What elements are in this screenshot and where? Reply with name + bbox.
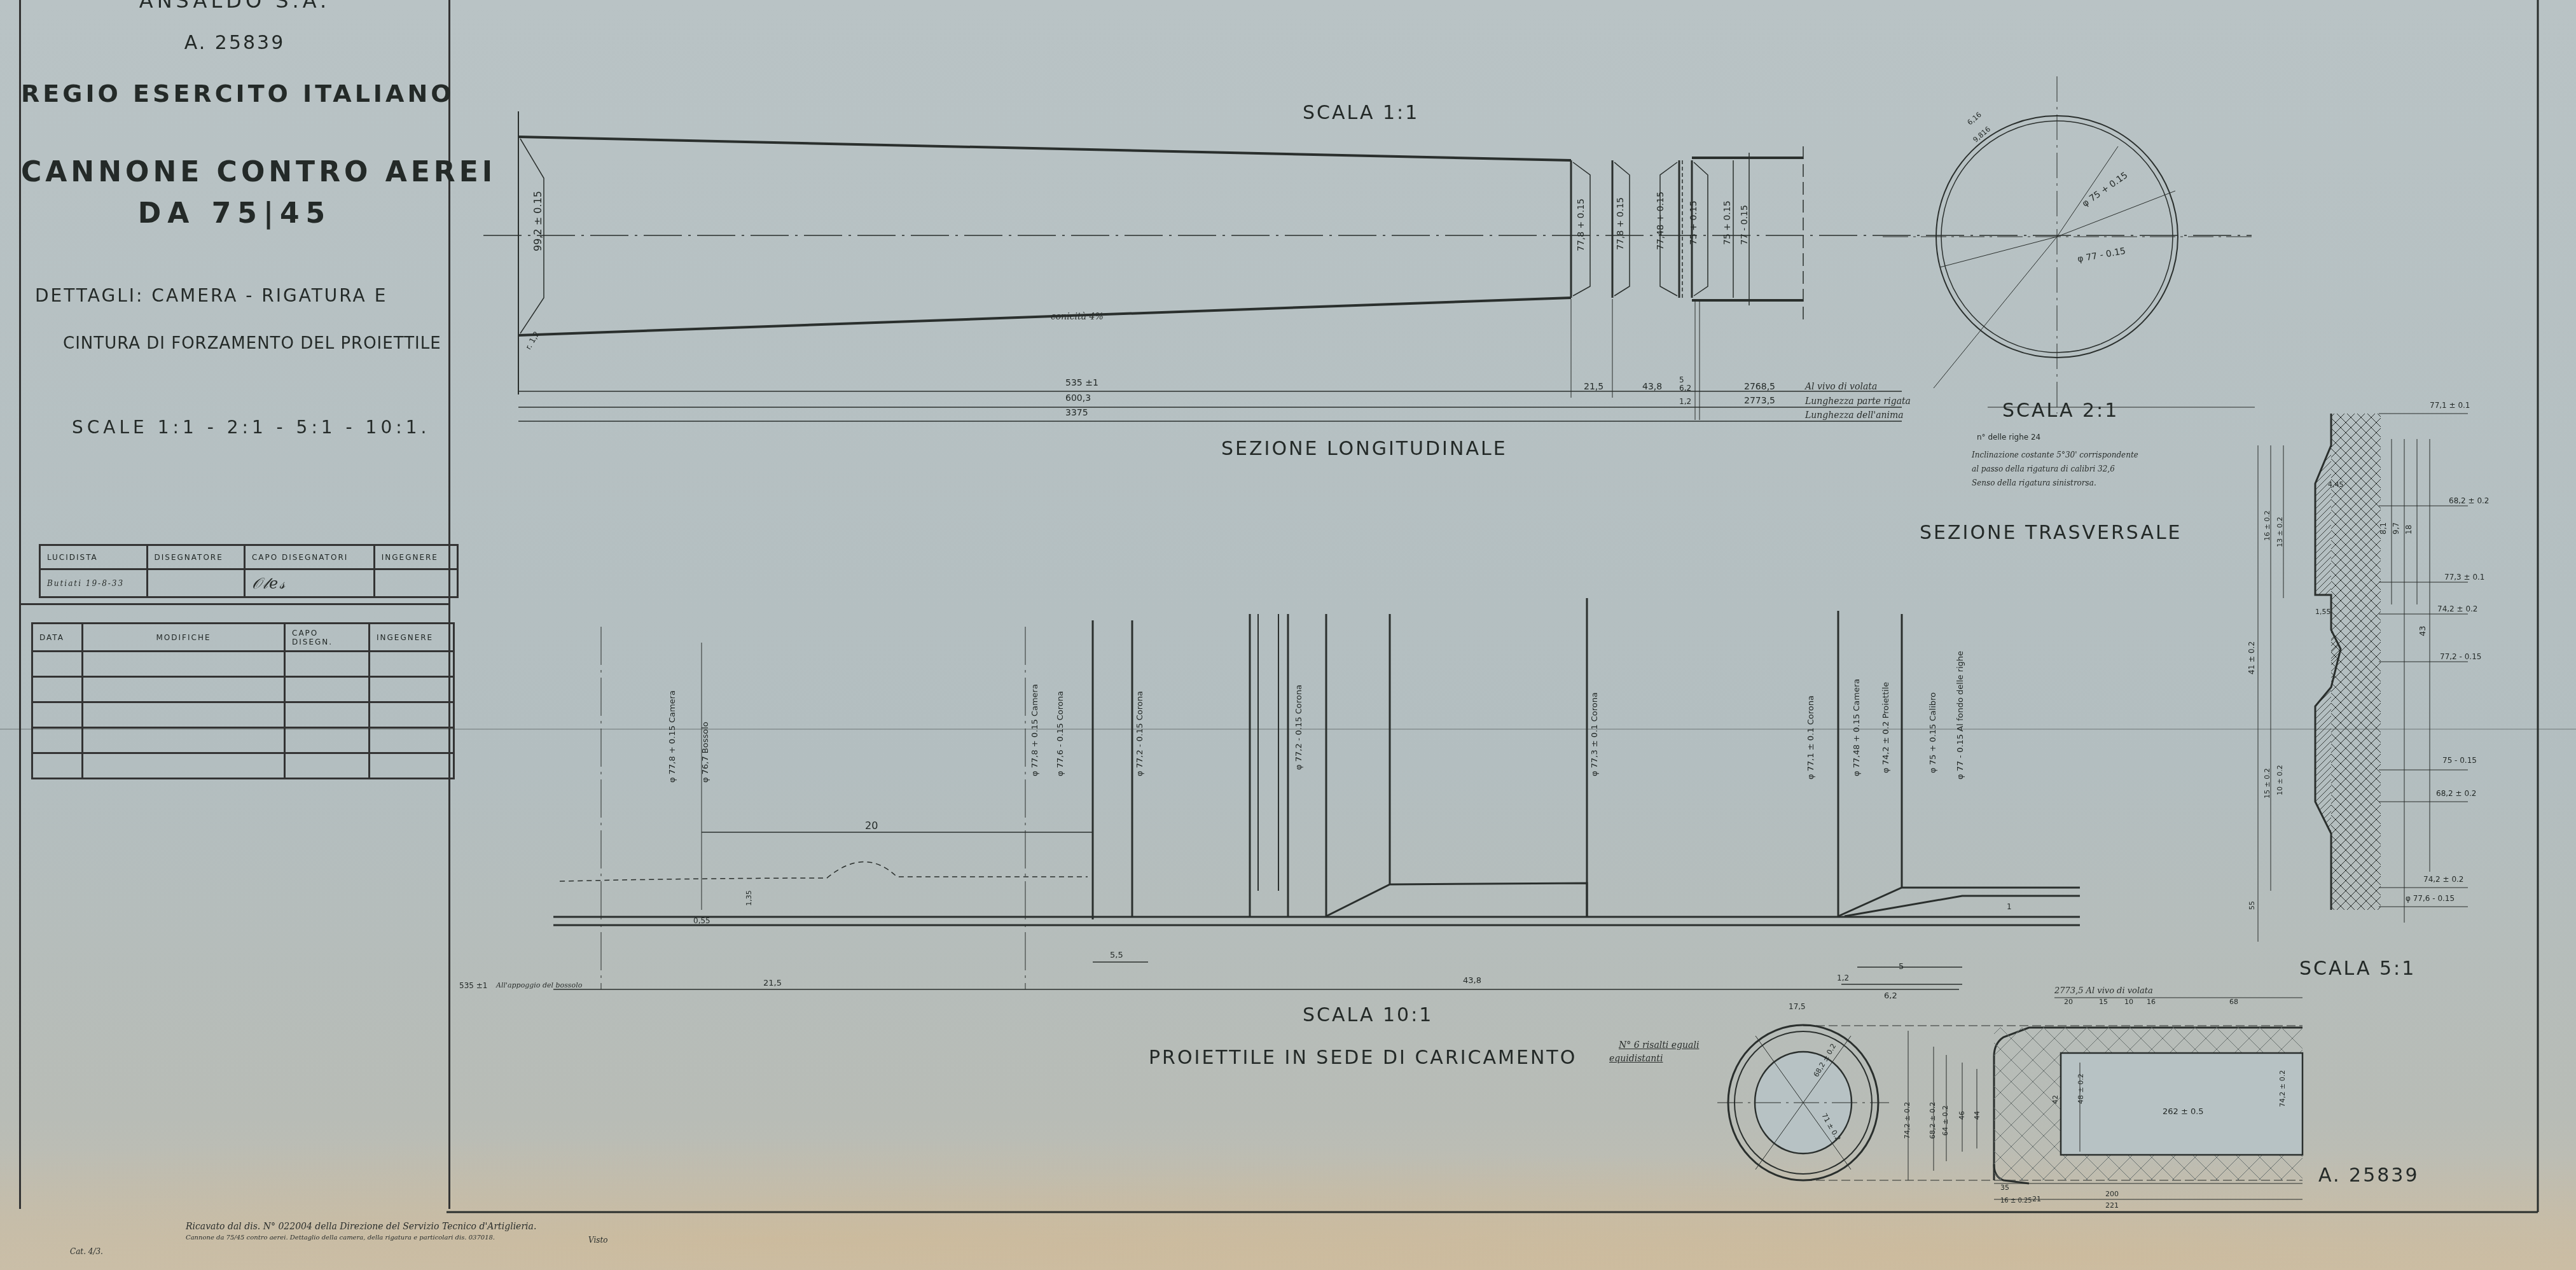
proj-dim-20: 20 — [865, 820, 878, 832]
proj-dim-1: 1 — [2007, 902, 2012, 911]
ring-dim-742b: 74,2 ± 0.2 — [2278, 1070, 2287, 1107]
callout-2: φ 76,7 Bossolo — [701, 722, 710, 783]
cross-note-4: Senso della rigatura sinistrorsa. — [1972, 478, 2096, 487]
band-r4: 74,2 ± 0.2 — [2437, 604, 2478, 613]
band-l3: 13 ± 0.2 — [2276, 517, 2284, 547]
proj-bottom-1-label: All'appoggio del bossolo — [496, 981, 582, 989]
band-r9: φ 77,6 - 0.15 — [2406, 894, 2455, 903]
projectile-scale-label: SCALA 10:1 — [1303, 1004, 1433, 1026]
callout-7: φ 77,3 ± 0.1 Corona — [1590, 692, 1600, 776]
band-r1: 77,1 ± 0.1 — [2430, 401, 2470, 410]
dim-d5: 75 + 0.15 — [1722, 200, 1733, 245]
callout-1: φ 77,8 + 0.15 Camera — [668, 690, 677, 783]
ring-top-16: 16 — [2147, 998, 2156, 1006]
ring-header: 2773,5 Al vivo di volata — [2054, 986, 2153, 996]
ring-top-68: 68 — [2229, 998, 2238, 1006]
ring-dim-175: 17,5 — [1789, 1002, 1806, 1011]
length-3-value: 3375 — [1065, 408, 1088, 418]
length-1-label: Al vivo di volata — [1805, 382, 1877, 392]
proj-dim-5: 5 — [1899, 962, 1904, 972]
band-inner-445: 4,45 — [2328, 480, 2344, 489]
band-r5: 77,2 - 0.15 — [2440, 652, 2481, 661]
ring-bot-35: 35 — [2000, 1183, 2009, 1192]
projectile-caption: PROIETTILE IN SEDE DI CARICAMENTO — [1149, 1047, 1577, 1069]
ring-bot-200: 200 — [2105, 1190, 2119, 1198]
ring-top-20: 20 — [2064, 998, 2073, 1006]
band-inner-81: 8,1 — [2379, 522, 2388, 534]
ring-bot-16: 16 ± 0.25 — [2000, 1197, 2032, 1204]
dim-d4: 75 + 0.15 — [1689, 200, 1699, 245]
ring-note-2: equidistanti — [1609, 1054, 1663, 1064]
dim-d1: 77,8 + 0.15 — [1576, 199, 1586, 251]
seg-3: 5 — [1679, 375, 1684, 384]
ring-bot-21: 21 — [2032, 1195, 2041, 1203]
length-1-value: 535 ±1 — [1065, 378, 1098, 388]
band-r7: 68,2 ± 0.2 — [2436, 789, 2477, 798]
proj-dim-135: 1,35 — [745, 890, 753, 906]
ring-dim-64: 64 ± 0.2 — [1941, 1105, 1949, 1136]
band-scale-label: SCALA 5:1 — [2299, 958, 2416, 980]
proj-bottom-3: 43,8 — [1463, 976, 1481, 986]
ring-dim-262: 262 ± 0.5 — [2163, 1107, 2204, 1117]
footer-note-2: Cannone da 75/45 contro aerei. Dettaglio… — [186, 1234, 495, 1241]
length-2-right: 2773,5 — [1744, 396, 1775, 406]
band-inner-97: 9,7 — [2392, 522, 2400, 534]
cross-note-1: n° delle righe 24 — [1977, 433, 2040, 442]
band-l1: 41 ± 0.2 — [2247, 641, 2256, 674]
cross-scale-label: SCALA 2:1 — [2002, 400, 2119, 422]
ring-dim-682b: 68,2 ± 0.2 — [1929, 1102, 1937, 1139]
proj-dim-055: 0,55 — [693, 916, 710, 925]
callout-12: φ 77 - 0.15 Al fondo delle righe — [1956, 651, 1965, 779]
callout-11: φ 75 + 0.15 Calibro — [1929, 692, 1938, 773]
cross-note-3: al passo della rigatura di calibri 32,6 — [1972, 464, 2115, 473]
band-r3: 77,3 ± 0.1 — [2444, 573, 2485, 582]
band-l2: 16 ± 0.2 — [2263, 510, 2271, 541]
dim-d2: 77,8 + 0.15 — [1616, 197, 1626, 250]
drawing-geometry — [0, 0, 2576, 1270]
ring-dim-742: 74,2 ± 0.2 — [1903, 1102, 1911, 1139]
callout-10: φ 74,2 ± 0.2 Proiettile — [1881, 682, 1891, 773]
seg-2: 43,8 — [1642, 382, 1662, 392]
ring-dim-44: 44 — [1973, 1111, 1981, 1120]
callout-8: φ 77,1 ± 0.1 Corona — [1806, 695, 1816, 779]
cross-caption: SEZIONE TRASVERSALE — [1920, 522, 2182, 544]
band-r6: 75 - 0.15 — [2442, 756, 2477, 765]
cross-note-2: Inclinazione costante 5°30' corrisponden… — [1972, 450, 2138, 459]
length-3-label: Lunghezza dell'anima — [1805, 410, 1904, 421]
callout-9: φ 77,48 + 0.15 Camera — [1852, 679, 1862, 776]
seg-5: 1,2 — [1679, 397, 1691, 406]
footer-left-note: Cat. 4/3. — [70, 1247, 103, 1256]
length-2-label: Lunghezza parte rigata — [1805, 396, 1911, 407]
longitudinal-caption: SEZIONE LONGITUDINALE — [1221, 438, 1507, 460]
callout-3: φ 77,8 + 0.15 Camera — [1030, 684, 1040, 776]
seg-4: 6,2 — [1679, 384, 1691, 393]
length-1-right: 2768,5 — [1744, 382, 1775, 392]
band-l4: 15 ± 0.2 — [2263, 768, 2271, 799]
dim-d3: 77,48 + 0.15 — [1656, 192, 1666, 250]
ring-dim-46: 46 — [1958, 1111, 1966, 1120]
band-l5: 10 ± 0.2 — [2276, 765, 2284, 795]
proj-bottom-1-value: 535 ±1 — [459, 981, 487, 990]
footer-note-1: Ricavato dal dis. N° 022004 della Direzi… — [186, 1222, 536, 1232]
footer-drawing-number: A. 25839 — [2318, 1164, 2420, 1187]
ring-note-1: N° 6 risalti eguali — [1619, 1040, 1699, 1050]
band-r2: 68,2 ± 0.2 — [2449, 496, 2489, 505]
band-inner-43: 43 — [2418, 625, 2428, 636]
taper-note: conicità 4% — [1051, 312, 1104, 322]
ring-bot-221: 221 — [2105, 1201, 2119, 1210]
longitudinal-scale-label: SCALA 1:1 — [1303, 102, 1419, 124]
proj-dim-12: 1,2 — [1837, 973, 1849, 982]
band-inner-18: 18 — [2404, 525, 2413, 534]
ring-top-10: 10 — [2124, 998, 2133, 1006]
band-inner-155: 1,55 — [2315, 608, 2331, 616]
proj-bottom-2: 21,5 — [763, 979, 782, 988]
length-2-value: 600,3 — [1065, 393, 1091, 403]
proj-dim-62: 6,2 — [1884, 991, 1897, 1001]
ring-dim-42: 42 — [2051, 1095, 2060, 1104]
callout-4: φ 77,6 - 0.15 Corona — [1056, 691, 1065, 776]
ring-top-15: 15 — [2099, 998, 2108, 1006]
ring-dim-48: 48 ± 0.2 — [2077, 1073, 2085, 1104]
callout-5: φ 77,2 - 0.15 Corona — [1135, 691, 1145, 776]
band-l6: 55 — [2248, 901, 2256, 910]
band-r8: 74,2 ± 0.2 — [2423, 875, 2464, 884]
dim-d6: 77 - 0.15 — [1740, 205, 1750, 245]
callout-6: φ 77,2 - 0.15 Corona — [1294, 685, 1304, 770]
dim-diameter-left: 99,2 ± 0.15 — [532, 191, 544, 251]
seg-1: 21,5 — [1584, 382, 1603, 392]
proj-dim-55: 5,5 — [1110, 951, 1123, 960]
footer-visto: Visto — [588, 1236, 608, 1245]
